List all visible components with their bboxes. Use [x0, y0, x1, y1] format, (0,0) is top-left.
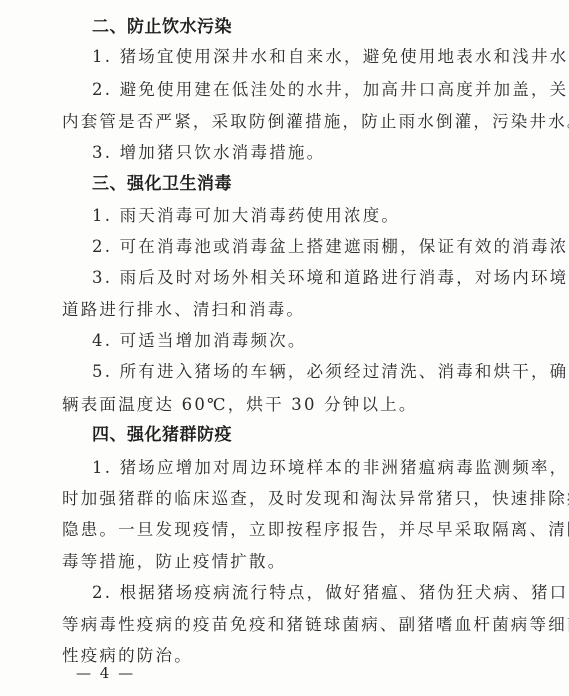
paragraph-line: 3. 增加猪只饮水消毒措施。: [92, 143, 325, 163]
paragraph-line: 2. 根据猪场疫病流行特点，做好猪瘟、猪伪狂犬病、猪口蹄疫: [92, 583, 569, 603]
paragraph-line: 1. 雨天消毒可加大消毒药使用浓度。: [92, 206, 400, 226]
paragraph-line: 等病毒性疫病的疫苗免疫和猪链球菌病、副猪嗜血杆菌病等细菌: [62, 615, 569, 635]
paragraph-line: 毒等措施，防止疫情扩散。: [62, 552, 286, 572]
paragraph-line: 隐患。一旦发现疫情，立即按程序报告，并尽早采取隔离、清除、消: [62, 520, 569, 540]
paragraph-line: 5. 所有进入猪场的车辆，必须经过清洗、消毒和烘干，确保车: [92, 362, 569, 382]
section-heading: 四、强化猪群防疫: [92, 425, 232, 445]
paragraph-line: 时加强猪群的临床巡查，及时发现和淘汰异常猪只，快速排除疫情: [62, 489, 569, 509]
paragraph-line: 2. 可在消毒池或消毒盆上搭建遮雨棚，保证有效的消毒浓度。: [92, 237, 569, 257]
document-page: 二、防止饮水污染 1. 猪场宜使用深井水和自来水，避免使用地表水和浅井水。 2.…: [0, 0, 569, 696]
paragraph-line: 内套管是否严紧，采取防倒灌措施，防止雨水倒灌，污染井水。: [62, 112, 569, 132]
paragraph-line: 性疫病的防治。: [62, 646, 193, 666]
paragraph-line: 3. 雨后及时对场外相关环境和道路进行消毒，对场内环境和: [92, 268, 569, 288]
page-number: — 4 —: [76, 664, 135, 682]
section-heading: 三、强化卫生消毒: [92, 174, 232, 194]
paragraph-line: 1. 猪场应增加对周边环境样本的非洲猪瘟病毒监测频率，同: [92, 458, 569, 478]
paragraph-line: 4. 可适当增加消毒频次。: [92, 331, 307, 351]
paragraph-line: 1. 猪场宜使用深井水和自来水，避免使用地表水和浅井水。: [92, 47, 569, 67]
paragraph-line: 2. 避免使用建在低洼处的水井，加高井口高度并加盖，关注井: [92, 80, 569, 100]
section-heading: 二、防止饮水污染: [92, 17, 232, 37]
paragraph-line: 道路进行排水、清扫和消毒。: [62, 300, 305, 320]
paragraph-line: 辆表面温度达 60℃，烘干 30 分钟以上。: [62, 395, 418, 415]
